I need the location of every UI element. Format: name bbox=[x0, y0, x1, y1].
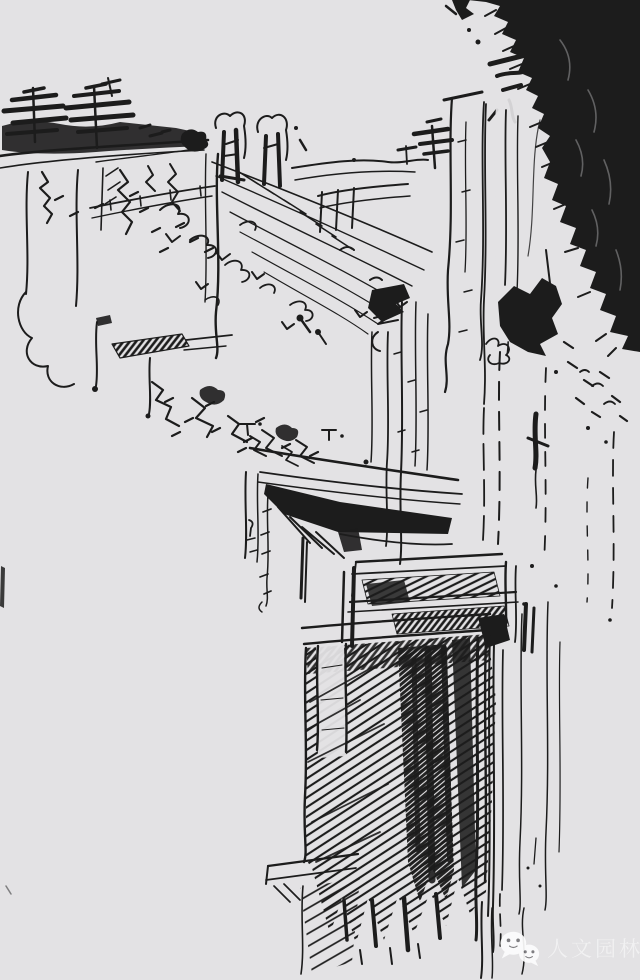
rock-tower bbox=[292, 28, 528, 392]
ridge-figures bbox=[215, 112, 306, 186]
landscape-sketch bbox=[0, 0, 640, 980]
pine-trees-topleft bbox=[2, 78, 208, 154]
stone-steps bbox=[302, 554, 534, 652]
foliage-mass bbox=[446, 0, 640, 444]
mid-vegetation bbox=[152, 382, 344, 463]
center-outcrop bbox=[352, 158, 428, 564]
left-cliff bbox=[0, 140, 218, 894]
ink-sketch-artwork: 人文园林 bbox=[0, 0, 640, 980]
